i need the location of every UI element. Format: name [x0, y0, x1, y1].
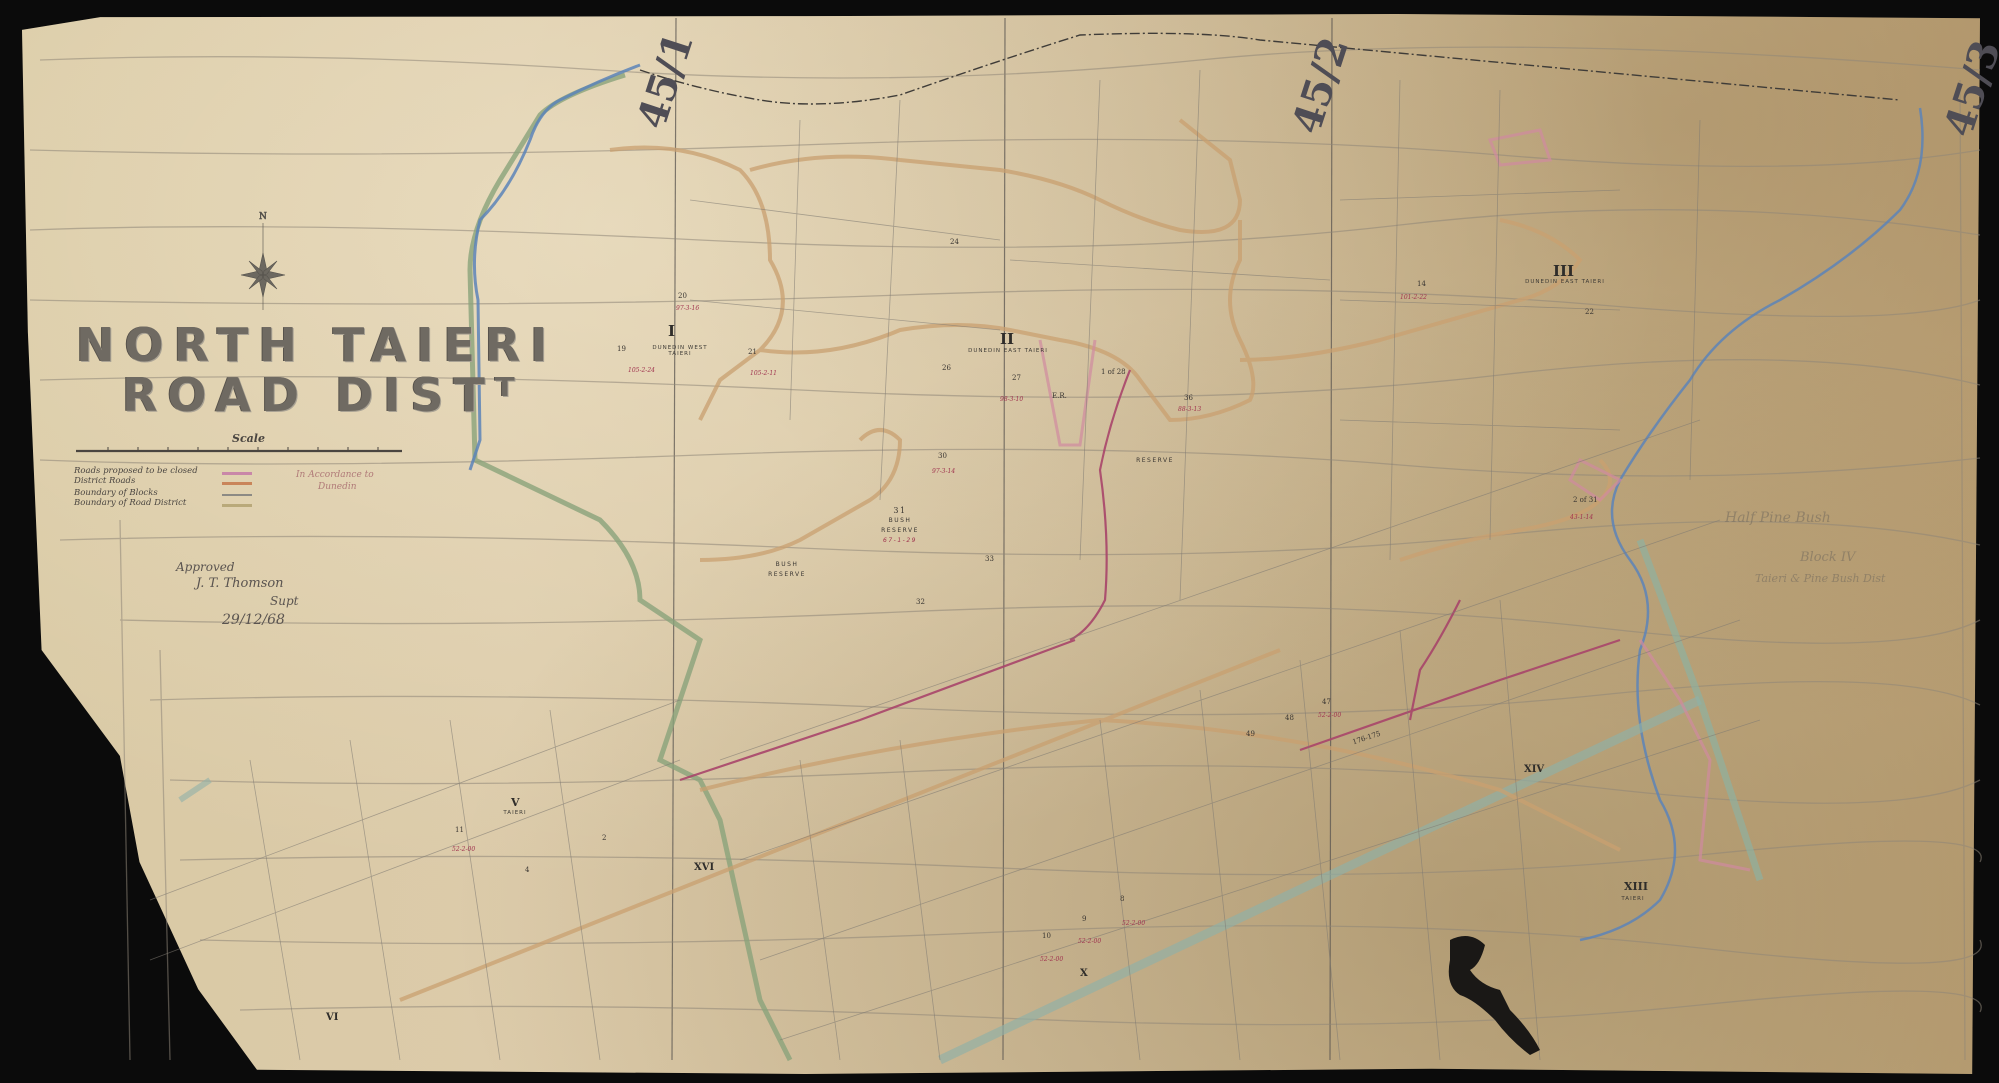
label-er: E.R.: [1052, 392, 1067, 400]
lot-9-area: 52-2-00: [1078, 938, 1101, 945]
legend-item-district-roads: District Roads: [74, 476, 135, 486]
lot-36: 36: [1184, 394, 1193, 402]
lot-27-area: 98-3-10: [1000, 396, 1023, 403]
label-1-of-28: 1 of 28: [1101, 368, 1126, 376]
roads-proposed-closed: [680, 370, 1620, 780]
reserve-31: 31 BUSH RESERVE 67-1-29: [870, 506, 930, 546]
lot-36-area: 88-3-13: [1178, 406, 1201, 413]
lot-14: 14: [1417, 280, 1426, 288]
paper-creases: [30, 47, 1981, 1060]
block-numeral-I: I: [668, 322, 675, 340]
block-name-I: DUNEDIN WEST TAIERI: [640, 345, 720, 357]
legend-item-roads-proposed-closed: Roads proposed to be closed: [74, 466, 198, 476]
lot-2: 2: [602, 834, 606, 842]
lot-30-area: 97-3-14: [932, 468, 955, 475]
lot-47: 47: [1322, 698, 1331, 706]
lot-14-area: 101-2-22: [1400, 294, 1427, 301]
reserve-east: RESERVE: [1130, 456, 1180, 466]
lot-27: 27: [1012, 374, 1021, 382]
block-numeral-VI: VI: [326, 1012, 338, 1023]
lot-49: 49: [1246, 730, 1255, 738]
legend-note-1: In Accordance to: [296, 470, 374, 480]
block-name-III: DUNEDIN EAST TAIERI: [1525, 279, 1605, 285]
lot-26: 26: [942, 364, 951, 372]
legend-item-boundary-blocks: Boundary of Blocks: [74, 488, 158, 498]
lot-20-area: 97-3-16: [676, 305, 699, 312]
lot-8-area: 52-2-00: [1122, 920, 1145, 927]
lot-8: 8: [1120, 895, 1124, 903]
lot-10: 10: [1042, 932, 1051, 940]
pencil-note-district: Taieri & Pine Bush Dist: [1755, 572, 1885, 585]
block-numeral-II: II: [1000, 330, 1014, 348]
lot-47-area: 52-2-00: [1318, 712, 1341, 719]
label-43-1-14: 43-1-14: [1570, 514, 1593, 521]
block-boundary-diagonal: [940, 700, 1700, 1060]
lot-22: 22: [1585, 308, 1594, 316]
pencil-note-half-pine-bush: Half Pine Bush: [1725, 510, 1831, 526]
block-name-V: TAIERI: [500, 810, 530, 816]
block-name-II: DUNEDIN EAST TAIERI: [968, 348, 1048, 354]
block-boundaries: [150, 70, 1760, 1060]
lot-9: 9: [1082, 915, 1086, 923]
lot-21-area: 105-2-11: [750, 370, 777, 377]
ink-blot: [1449, 936, 1540, 1055]
map-title-line1: NORTH TAIERI: [76, 318, 557, 372]
block-numeral-XVI: XVI: [694, 862, 714, 873]
lot-20: 20: [678, 292, 687, 300]
lot-19: 19: [617, 345, 626, 353]
legend-swatch-roads-proposed-closed: [222, 472, 252, 475]
lot-4: 4: [525, 866, 529, 874]
block-numeral-XIV: XIV: [1524, 764, 1544, 775]
lot-24: 24: [950, 238, 959, 246]
road-district-boundary-east: [1640, 540, 1760, 880]
road-district-boundary-west: [470, 75, 790, 1060]
lot-48: 48: [1285, 714, 1294, 722]
block-numeral-XIII: XIII: [1624, 880, 1648, 893]
lot-32: 32: [916, 598, 925, 606]
legend-item-boundary-road-district: Boundary of Road District: [74, 498, 186, 508]
legend-swatch-boundary-blocks: [222, 494, 252, 496]
lot-19-area: 105-2-24: [628, 367, 655, 374]
label-2-of-31: 2 of 31: [1573, 496, 1598, 504]
legend-swatch-boundary-road-district: [222, 504, 252, 507]
lot-11: 11: [455, 826, 464, 834]
block-numeral-III: III: [1553, 262, 1574, 280]
pencil-note-block-iv: Block IV: [1800, 550, 1855, 565]
scale-label: Scale: [232, 432, 265, 445]
reserve-bush: BUSH RESERVE: [762, 560, 812, 580]
north-boundary: [640, 33, 1900, 104]
lot-10-area: 52-2-00: [1040, 956, 1063, 963]
legend-swatch-district-roads: [222, 482, 252, 485]
block-numeral-V: V: [511, 796, 520, 809]
legend-note-2: Dunedin: [318, 482, 357, 492]
lot-11-area: 52-2-00: [452, 846, 475, 853]
lot-21: 21: [748, 348, 757, 356]
block-numeral-X: X: [1080, 968, 1088, 979]
scale-bar: [76, 447, 402, 451]
map-linework: N: [0, 0, 1999, 1083]
block-name-XIII: TAIERI: [1618, 896, 1648, 902]
lot-30: 30: [938, 452, 947, 460]
map-title-line2: ROAD DISTᵀ: [122, 368, 525, 422]
lot-33: 33: [985, 555, 994, 563]
svg-text:N: N: [259, 212, 267, 222]
